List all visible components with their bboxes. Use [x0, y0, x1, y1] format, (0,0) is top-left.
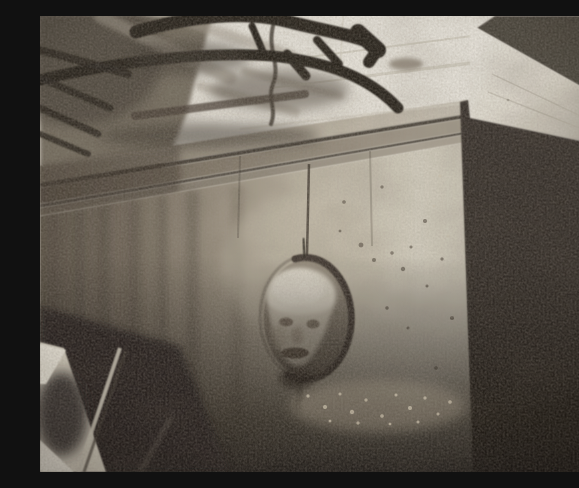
photo-canvas	[40, 16, 579, 472]
ghost-photograph	[40, 16, 579, 472]
sepia-tint-overlay	[40, 16, 579, 472]
